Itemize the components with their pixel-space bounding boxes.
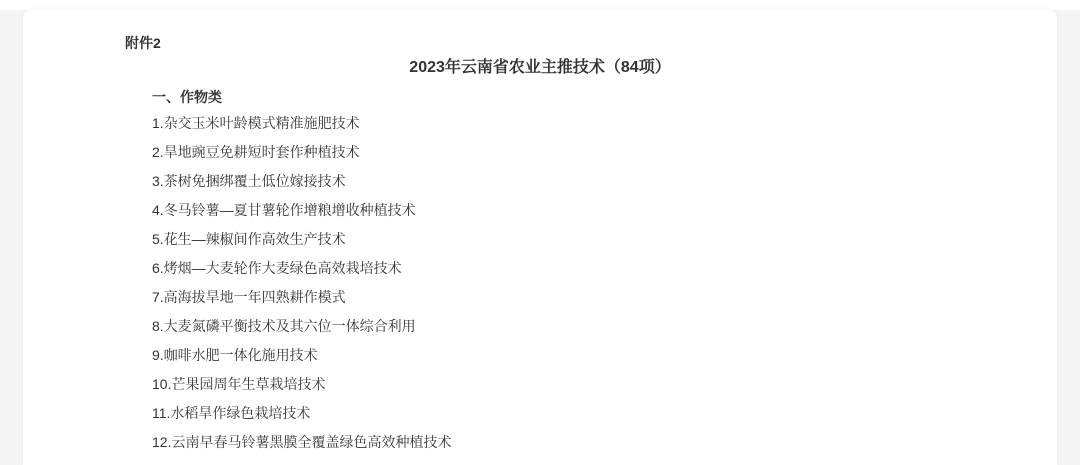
list-item: 7.高海拔旱地一年四熟耕作模式 bbox=[152, 283, 955, 312]
list-item: 4.冬马铃薯—夏甘薯轮作增粮增收种植技术 bbox=[152, 196, 955, 225]
attachment-label: 附件2 bbox=[125, 33, 955, 53]
document-title: 2023年云南省农业主推技术（84项） bbox=[125, 57, 955, 79]
list-item: 8.大麦氮磷平衡技术及其六位一体综合利用 bbox=[152, 312, 955, 341]
list-item: 12.云南早春马铃薯黑膜全覆盖绿色高效种植技术 bbox=[152, 428, 955, 457]
list-item: 5.花生—辣椒间作高效生产技术 bbox=[152, 225, 955, 254]
document-page: 附件2 2023年云南省农业主推技术（84项） 一、作物类 1.杂交玉米叶龄模式… bbox=[23, 10, 1057, 465]
document-content: 附件2 2023年云南省农业主推技术（84项） 一、作物类 1.杂交玉米叶龄模式… bbox=[23, 10, 1057, 457]
technology-list: 1.杂交玉米叶龄模式精准施肥技术 2.旱地豌豆免耕短时套作种植技术 3.茶树免捆… bbox=[152, 109, 955, 457]
section-heading-crops: 一、作物类 bbox=[152, 87, 955, 107]
list-item: 10.芒果园周年生草栽培技术 bbox=[152, 370, 955, 399]
list-item: 3.茶树免捆绑覆土低位嫁接技术 bbox=[152, 167, 955, 196]
list-item: 6.烤烟—大麦轮作大麦绿色高效栽培技术 bbox=[152, 254, 955, 283]
list-item: 9.咖啡水肥一体化施用技术 bbox=[152, 341, 955, 370]
list-item: 11.水稻旱作绿色栽培技术 bbox=[152, 399, 955, 428]
list-item: 1.杂交玉米叶龄模式精准施肥技术 bbox=[152, 109, 955, 138]
list-item: 2.旱地豌豆免耕短时套作种植技术 bbox=[152, 138, 955, 167]
